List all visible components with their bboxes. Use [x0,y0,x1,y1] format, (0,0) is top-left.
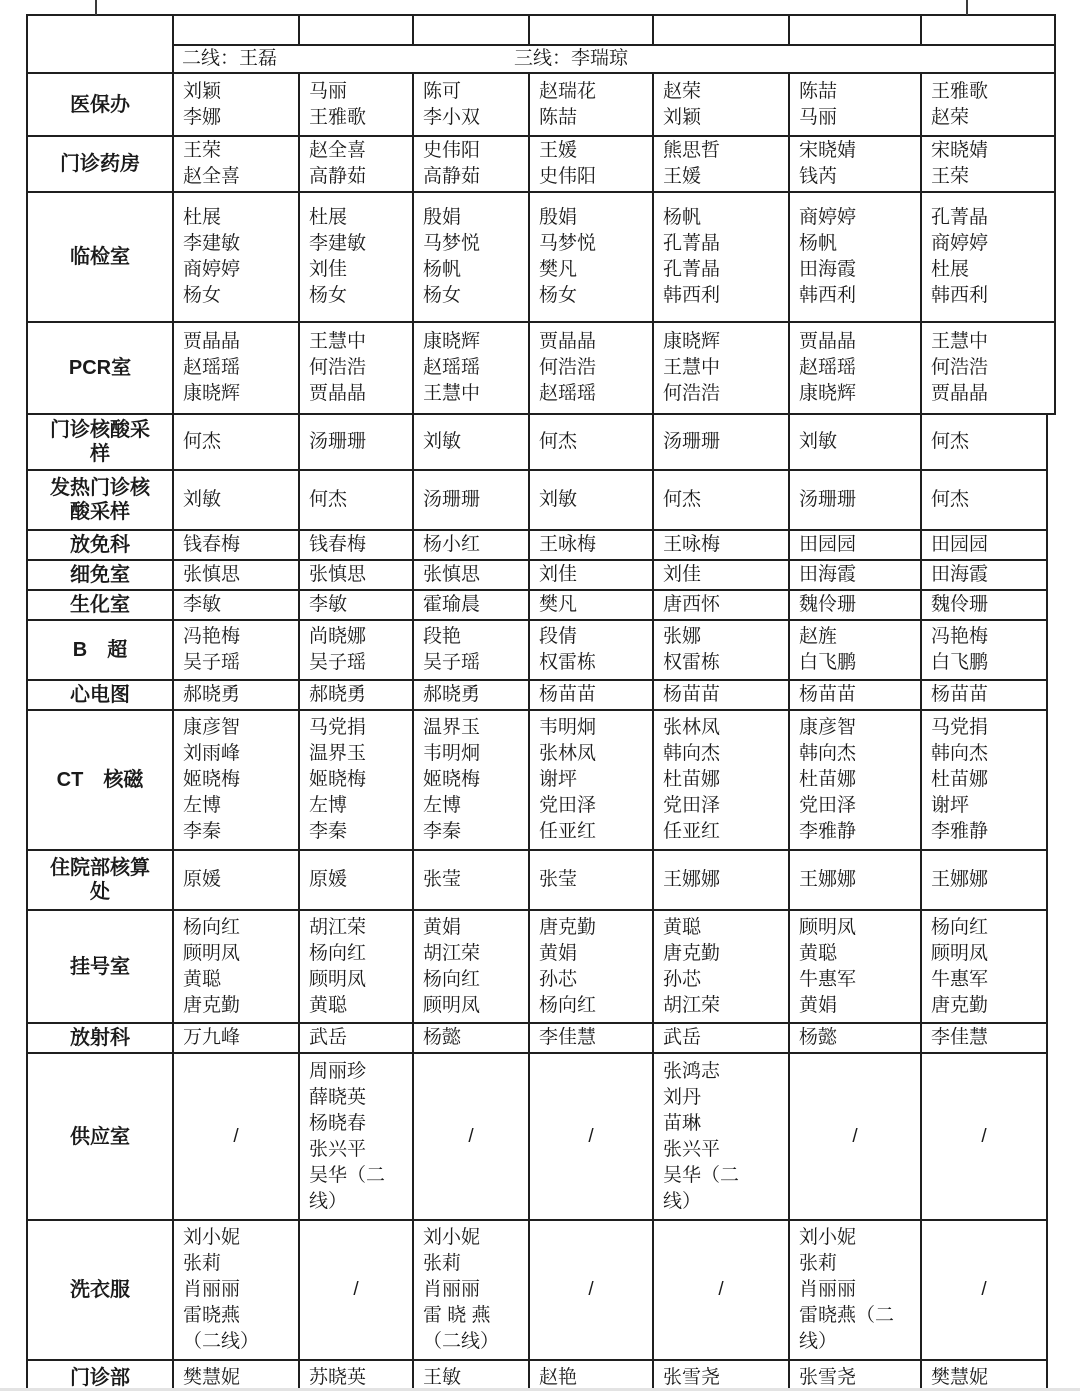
staff-cell: 李佳慧 [921,1023,1047,1053]
staff-cell: 李敏 [173,590,299,620]
staff-cell: 杨帆 孔菁晶 孔菁晶 韩西利 [653,192,789,322]
dept-cell: 心电图 [27,680,173,710]
dept-label: 门诊核酸采样 [44,418,156,466]
table-row: 门诊部樊慧妮苏晓英王敏赵艳张雪尧张雪尧樊慧妮 [27,1360,1047,1391]
staff-cell: 刘小妮 张莉 肖丽丽 雷晓燕（二 线） [789,1220,921,1360]
staff-cell: 张娜 权雷栋 [653,620,789,680]
table-row: 放射科万九峰武岳杨懿李佳慧武岳杨懿李佳慧 [27,1023,1047,1053]
dept-cell: 细免室 [27,560,173,590]
staff-cell: 霍瑜晨 [413,590,529,620]
staff-cell: 李敏 [299,590,413,620]
staff-cell: 钱春梅 [299,530,413,560]
staff-cell: 贾晶晶 赵瑶瑶 康晓辉 [173,322,299,414]
staff-cell: 杨懿 [413,1023,529,1053]
staff-cell: 马党捐 韩向杰 杜苗娜 谢坪 李雅静 [921,710,1047,850]
dept-label: 放免科 [70,533,130,557]
staff-cell: / [173,1053,299,1220]
staff-cell: 田园园 [921,530,1047,560]
staff-cell: 赵瑞花 陈喆 [529,73,653,136]
dept-label: 临检室 [70,245,130,269]
staff-cell: 王雅歌 赵荣 [921,73,1055,136]
staff-cell: 唐西怀 [653,590,789,620]
staff-cell: 杜展 李建敏 刘佳 杨女 [299,192,413,322]
dept-cell: 门诊部 [27,1360,173,1391]
staff-cell: 樊凡 [529,590,653,620]
table-row: 发热门诊核酸采样刘敏何杰汤珊珊刘敏何杰汤珊珊何杰 [27,470,1047,530]
header-empty-cell [173,15,299,45]
staff-cell: 刘敏 [413,414,529,470]
table-row: 供应室/周丽珍 薛晓英 杨晓春 张兴平 吴华（二 线）//张鸿志 刘丹 苗琳 张… [27,1053,1047,1220]
staff-cell: / [921,1220,1047,1360]
staff-cell: 张莹 [413,850,529,910]
table-row: CT 核磁康彦智 刘雨峰 姬晓梅 左博 李秦马党捐 温界玉 姬晓梅 左博 李秦温… [27,710,1047,850]
dept-label: 发热门诊核酸采样 [44,476,156,524]
dept-cell: 放免科 [27,530,173,560]
staff-cell: 杨向红 顾明凤 牛惠军 唐克勤 [921,910,1047,1023]
staff-cell: 郝晓勇 [299,680,413,710]
staff-cell: 魏伶珊 [789,590,921,620]
staff-cell: 黄娟 胡江荣 杨向红 顾明凤 [413,910,529,1023]
dept-cell: B 超 [27,620,173,680]
dept-cell: 医保办 [27,73,173,136]
dept-cell: 住院部核算处 [27,850,173,910]
table-row: 细免室张慎思张慎思张慎思刘佳刘佳田海霞田海霞 [27,560,1047,590]
staff-cell: 殷娟 马梦悦 杨帆 杨女 [413,192,529,322]
staff-cell: 周丽珍 薛晓英 杨晓春 张兴平 吴华（二 线） [299,1053,413,1220]
table-row: 心电图郝晓勇郝晓勇郝晓勇杨苗苗杨苗苗杨苗苗杨苗苗 [27,680,1047,710]
staff-cell: 何杰 [653,470,789,530]
staff-cell: 陈喆 马丽 [789,73,921,136]
staff-cell: 张莹 [529,850,653,910]
dept-label: B 超 [73,638,127,662]
page-crease-line-right [966,0,968,15]
table-row: B 超冯艳梅 吴子瑶尚晓娜 吴子瑶段艳 吴子瑶段倩 权雷栋张娜 权雷栋赵旌 白飞… [27,620,1047,680]
staff-cell: 刘小妮 张莉 肖丽丽 雷 晓 燕 （二线） [413,1220,529,1360]
staff-cell: 王慧中 何浩浩 贾晶晶 [921,322,1055,414]
staff-cell: 贾晶晶 何浩浩 赵瑶瑶 [529,322,653,414]
dept-label: 门诊部 [70,1366,130,1390]
staff-cell: 原媛 [299,850,413,910]
table-row: 医保办刘颖 李娜马丽 王雅歌陈可 李小双赵瑞花 陈喆赵荣 刘颖陈喆 马丽王雅歌 … [27,73,1055,136]
staff-cell: 尚晓娜 吴子瑶 [299,620,413,680]
dept-cell: 挂号室 [27,910,173,1023]
staff-cell: 何杰 [299,470,413,530]
staff-cell: 原媛 [173,850,299,910]
header-empty-cell [921,15,1055,45]
header-empty-cell [529,15,653,45]
staff-cell: 何杰 [921,414,1047,470]
staff-cell: 康彦智 韩向杰 杜苗娜 党田泽 李雅静 [789,710,921,850]
dept-label: 医保办 [70,93,130,117]
staff-cell: 苏晓英 [299,1360,413,1391]
staff-cell: 何杰 [173,414,299,470]
staff-cell: 刘颖 李娜 [173,73,299,136]
staff-cell: 汤珊珊 [299,414,413,470]
dept-label: 洗衣服 [70,1278,130,1302]
dept-cell: 洗衣服 [27,1220,173,1360]
staff-cell: / [299,1220,413,1360]
dept-label: 住院部核算处 [44,856,156,904]
scanned-duty-roster-page: 二线：王磊 三线：李瑞琼 医保办刘颖 李娜马丽 王雅歌陈可 李小双赵瑞花 陈喆赵… [0,0,1080,1391]
staff-cell: 马党捐 温界玉 姬晓梅 左博 李秦 [299,710,413,850]
staff-cell: 张慎思 [299,560,413,590]
staff-cell: 钱春梅 [173,530,299,560]
staff-cell: 张慎思 [173,560,299,590]
staff-cell: 杨苗苗 [921,680,1047,710]
dept-label: 放射科 [70,1026,130,1050]
staff-cell: 张鸿志 刘丹 苗琳 张兴平 吴华（二 线） [653,1053,789,1220]
staff-cell: 赵荣 刘颖 [653,73,789,136]
staff-cell: 王慧中 何浩浩 贾晶晶 [299,322,413,414]
staff-cell: 杨苗苗 [653,680,789,710]
dept-cell: 门诊药房 [27,136,173,192]
staff-cell: 商婷婷 杨帆 田海霞 韩西利 [789,192,921,322]
staff-cell: 宋晓婧 钱芮 [789,136,921,192]
staff-cell: 张林凤 韩向杰 杜苗娜 党田泽 任亚红 [653,710,789,850]
dept-cell: PCR室 [27,322,173,414]
staff-cell: 冯艳梅 吴子瑶 [173,620,299,680]
table-row: 挂号室杨向红 顾明凤 黄聪 唐克勤胡江荣 杨向红 顾明凤 黄聪黄娟 胡江荣 杨向… [27,910,1047,1023]
staff-cell: 武岳 [653,1023,789,1053]
staff-cell: / [653,1220,789,1360]
dept-cell: CT 核磁 [27,710,173,850]
staff-cell: 刘敏 [529,470,653,530]
staff-cell: 康彦智 刘雨峰 姬晓梅 左博 李秦 [173,710,299,850]
dept-label: PCR室 [69,356,131,380]
staff-cell: 刘敏 [173,470,299,530]
staff-cell: / [921,1053,1047,1220]
staff-cell: 李佳慧 [529,1023,653,1053]
staff-cell: 张慎思 [413,560,529,590]
dept-cell: 生化室 [27,590,173,620]
second-line-label: 二线：王磊 [182,48,277,69]
dept-label: 细免室 [70,563,130,587]
staff-cell: 马丽 王雅歌 [299,73,413,136]
staff-cell: 杨小红 [413,530,529,560]
dept-label: 门诊药房 [60,152,140,176]
staff-cell: 史伟阳 高静茹 [413,136,529,192]
staff-cell: 赵艳 [529,1360,653,1391]
header-empty-cell [653,15,789,45]
header-empty-cell [299,15,413,45]
third-line-label: 三线：李瑞琼 [514,46,628,72]
dept-header-cell [27,15,173,73]
staff-cell: 顾明凤 黄聪 牛惠军 黄娟 [789,910,921,1023]
staff-cell: 孔菁晶 商婷婷 杜展 韩西利 [921,192,1055,322]
staff-cell: 宋晓婧 王荣 [921,136,1055,192]
table-row: 临检室杜展 李建敏 商婷婷 杨女杜展 李建敏 刘佳 杨女殷娟 马梦悦 杨帆 杨女… [27,192,1055,322]
staff-cell: 杨向红 顾明凤 黄聪 唐克勤 [173,910,299,1023]
header-line-row: 二线：王磊 三线：李瑞琼 [27,45,1055,73]
staff-cell: 何杰 [921,470,1047,530]
staff-cell: 汤珊珊 [653,414,789,470]
staff-cell: 魏伶珊 [921,590,1047,620]
table-row: 门诊药房王荣 赵全喜赵全喜 高静茹史伟阳 高静茹王媛 史伟阳熊思哲 王媛宋晓婧 … [27,136,1055,192]
dept-cell: 放射科 [27,1023,173,1053]
table-row: 洗衣服刘小妮 张莉 肖丽丽 雷晓燕 （二线）/刘小妮 张莉 肖丽丽 雷 晓 燕 … [27,1220,1047,1360]
staff-cell: 段艳 吴子瑶 [413,620,529,680]
staff-cell: 樊慧妮 [173,1360,299,1391]
staff-cell: 郝晓勇 [173,680,299,710]
staff-cell: 王娜娜 [789,850,921,910]
staff-cell: / [413,1053,529,1220]
staff-cell: 赵旌 白飞鹏 [789,620,921,680]
duty-roster-table-lower: 门诊核酸采样何杰汤珊珊刘敏何杰汤珊珊刘敏何杰发热门诊核酸采样刘敏何杰汤珊珊刘敏何… [26,413,1048,1391]
staff-cell: 杨苗苗 [789,680,921,710]
table-row: PCR室贾晶晶 赵瑶瑶 康晓辉王慧中 何浩浩 贾晶晶康晓辉 赵瑶瑶 王慧中贾晶晶… [27,322,1055,414]
header-empty-cell [789,15,921,45]
staff-cell: 刘敏 [789,414,921,470]
staff-cell: 冯艳梅 白飞鹏 [921,620,1047,680]
table-row: 门诊核酸采样何杰汤珊珊刘敏何杰汤珊珊刘敏何杰 [27,414,1047,470]
staff-cell: 杨苗苗 [529,680,653,710]
staff-cell: / [789,1053,921,1220]
staff-cell: 田海霞 [921,560,1047,590]
staff-cell: 赵全喜 高静茹 [299,136,413,192]
staff-cell: 汤珊珊 [413,470,529,530]
staff-cell: 殷娟 马梦悦 樊凡 杨女 [529,192,653,322]
staff-cell: 杜展 李建敏 商婷婷 杨女 [173,192,299,322]
staff-cell: 王娜娜 [653,850,789,910]
staff-cell: 康晓辉 王慧中 何浩浩 [653,322,789,414]
staff-cell: 樊慧妮 [921,1360,1047,1391]
staff-cell: 陈可 李小双 [413,73,529,136]
staff-cell: 王荣 赵全喜 [173,136,299,192]
staff-cell: 杨懿 [789,1023,921,1053]
dept-cell: 临检室 [27,192,173,322]
staff-cell: 王咏梅 [653,530,789,560]
staff-cell: 王敏 [413,1360,529,1391]
dept-label: CT 核磁 [57,768,144,792]
staff-cell: 段倩 权雷栋 [529,620,653,680]
dept-cell: 供应室 [27,1053,173,1220]
dept-cell: 发热门诊核酸采样 [27,470,173,530]
staff-cell: 刘小妮 张莉 肖丽丽 雷晓燕 （二线） [173,1220,299,1360]
table-row: 住院部核算处原媛原媛张莹张莹王娜娜王娜娜王娜娜 [27,850,1047,910]
staff-cell: 张雪尧 [653,1360,789,1391]
staff-cell: 田园园 [789,530,921,560]
line-assignments-cell: 二线：王磊 三线：李瑞琼 [173,45,1055,73]
staff-cell: 汤珊珊 [789,470,921,530]
staff-cell: 康晓辉 赵瑶瑶 王慧中 [413,322,529,414]
staff-cell: 王媛 史伟阳 [529,136,653,192]
staff-cell: 王咏梅 [529,530,653,560]
staff-cell: 田海霞 [789,560,921,590]
staff-cell: 熊思哲 王媛 [653,136,789,192]
staff-cell: 胡江荣 杨向红 顾明凤 黄聪 [299,910,413,1023]
staff-cell: 郝晓勇 [413,680,529,710]
dept-label: 供应室 [70,1125,130,1149]
table-row: 放免科钱春梅钱春梅杨小红王咏梅王咏梅田园园田园园 [27,530,1047,560]
staff-cell: 刘佳 [653,560,789,590]
staff-cell: / [529,1053,653,1220]
page-crease-line-left [95,0,97,15]
staff-cell: 何杰 [529,414,653,470]
dept-cell: 门诊核酸采样 [27,414,173,470]
staff-cell: 唐克勤 黄娟 孙芯 杨向红 [529,910,653,1023]
staff-cell: 万九峰 [173,1023,299,1053]
header-empty-row [27,15,1055,45]
staff-cell: 王娜娜 [921,850,1047,910]
staff-cell: 刘佳 [529,560,653,590]
staff-cell: 张雪尧 [789,1360,921,1391]
dept-label: 心电图 [70,683,130,707]
staff-cell: / [529,1220,653,1360]
staff-cell: 黄聪 唐克勤 孙芯 胡江荣 [653,910,789,1023]
header-empty-cell [413,15,529,45]
staff-cell: 武岳 [299,1023,413,1053]
dept-label: 生化室 [70,593,130,617]
staff-cell: 贾晶晶 赵瑶瑶 康晓辉 [789,322,921,414]
dept-label: 挂号室 [70,955,130,979]
staff-cell: 韦明炯 张林凤 谢坪 党田泽 任亚红 [529,710,653,850]
staff-cell: 温界玉 韦明炯 姬晓梅 左博 李秦 [413,710,529,850]
duty-roster-table-upper: 二线：王磊 三线：李瑞琼 医保办刘颖 李娜马丽 王雅歌陈可 李小双赵瑞花 陈喆赵… [26,14,1056,415]
table-row: 生化室李敏李敏霍瑜晨樊凡唐西怀魏伶珊魏伶珊 [27,590,1047,620]
